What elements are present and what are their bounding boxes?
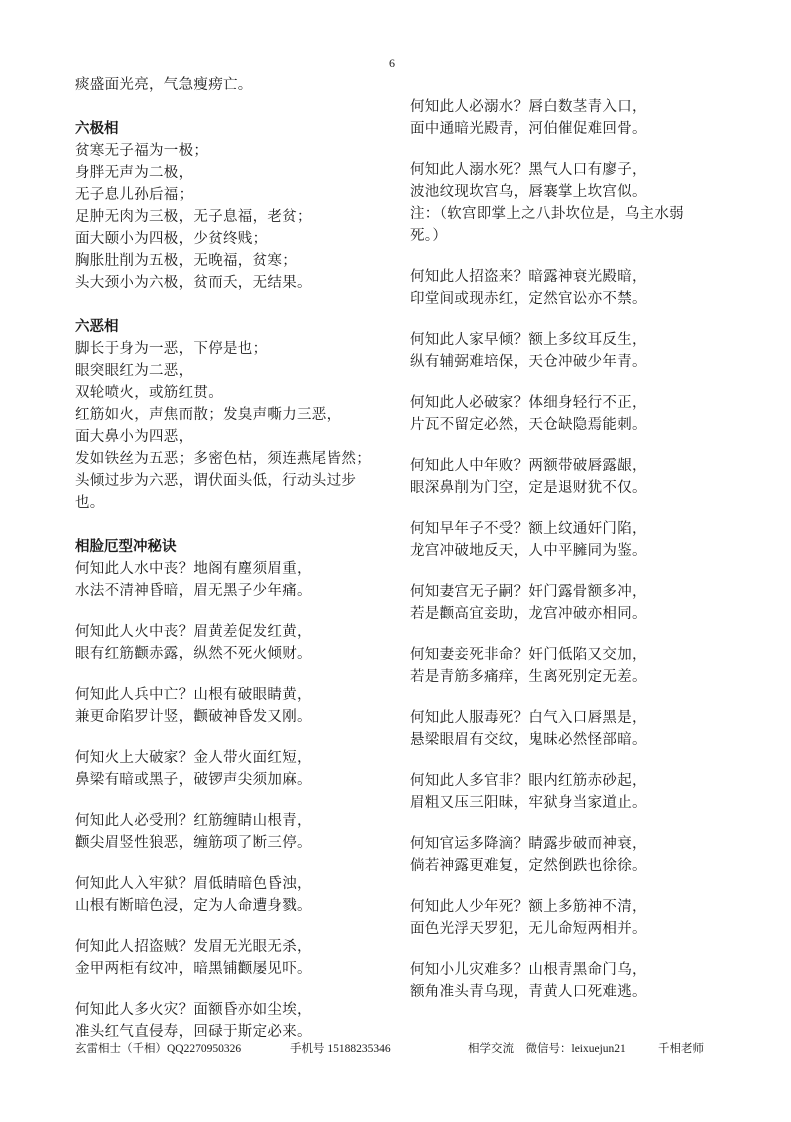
- verse-line: 面中通暗光殿青，河伯催促难回骨。: [410, 118, 740, 140]
- text-line: 无子息儿孙后福；: [75, 184, 405, 206]
- verse-line: 何知此人水中丧？地阁有塵须眉重，: [75, 558, 405, 580]
- text-line: 身胖无声为二极，: [75, 162, 405, 184]
- section-liue: 六恶相 脚长于身为一恶，下停是也； 眼突眼红为二恶， 双轮喷火，或筋红贯。 红筋…: [75, 316, 405, 514]
- section-heading: 六极相: [75, 118, 405, 140]
- text-line: 面大鼻小为四恶，: [75, 426, 405, 448]
- text-line: 贫寒无子福为一极；: [75, 140, 405, 162]
- verse-line: 何知此人必溺水？唇白数茎青入口，: [410, 96, 740, 118]
- note-line: 注：（软宫即掌上之八卦坎位是，乌主水弱: [410, 203, 740, 225]
- verse-line: 金甲两柜有纹冲，暗黑铺颧屡见吓。: [75, 958, 405, 980]
- verse-line: 何知此人少年死？额上多筋神不清，: [410, 896, 740, 918]
- verse-line: 何知官运多降滴？睛露步破而神衰，: [410, 833, 740, 855]
- verse-line: 眼有红筋颧赤露，纵然不死火倾财。: [75, 643, 405, 665]
- text-line: 胸胀肚削为五极，无晚福，贫寒；: [75, 250, 405, 272]
- text-line: 足肿无肉为三极，无子息福，老贫；: [75, 206, 405, 228]
- section-liuji: 六极相 贫寒无子福为一极； 身胖无声为二极， 无子息儿孙后福； 足肿无肉为三极，…: [75, 118, 405, 294]
- verse-line: 何知此人兵中亡？山根有破眼睛黄，: [75, 684, 405, 706]
- footer-teacher: 千相老师: [658, 1040, 704, 1056]
- section-heading: 相脸厄型冲秘诀: [75, 536, 405, 558]
- verse-line: 纵有辅弼难培保，天仓冲破少年青。: [410, 351, 740, 373]
- verse-line: 颧尖眉竖性狼恶，缠筋项了断三停。: [75, 832, 405, 854]
- intro-line: 痰盛面光亮，气急瘦痨亡。: [75, 74, 405, 96]
- verse-line: 何知此人招盗来？暗露神衰光殿暗，: [410, 266, 740, 288]
- page-number: 6: [389, 56, 395, 71]
- note-line: 死。）: [410, 225, 740, 247]
- text-line: 发如铁丝为五恶；多密色枯，须连燕尾皆然；: [75, 448, 405, 470]
- text-line: 眼突眼红为二恶，: [75, 360, 405, 382]
- verse-line: 水法不清神昏暗，眉无黑子少年痛。: [75, 580, 405, 602]
- page-footer: 玄雷相士（千相）QQ2270950326 手机号 15188235346 相学交…: [75, 1040, 735, 1058]
- verse-line: 何知此人多火灾？面额昏亦如尘埃，: [75, 999, 405, 1021]
- text-line: 面大颐小为四极，少贫终贱；: [75, 228, 405, 250]
- verse-line: 何知此人家早倾？额上多纹耳反生，: [410, 329, 740, 351]
- verse-line: 鼻梁有暗或黑子，破锣声尖须加麻。: [75, 769, 405, 791]
- text-line: 头倾过步为六恶，谓伏面头低，行动头过步: [75, 470, 405, 492]
- verse-line: 波池纹现坎宫乌，唇褰掌上坎宫似。: [410, 181, 740, 203]
- text-line: 红筋如火，声焦而散；发臭声嘶力三恶，: [75, 404, 405, 426]
- verse-line: 倘若神露更难复，定然倒跌也徐徐。: [410, 855, 740, 877]
- text-line: 也。: [75, 492, 405, 514]
- verse-line: 眉粗又压三阳昧，牢狱身当家道止。: [410, 792, 740, 814]
- verse-line: 山根有断暗色浸，定为人命遭身戮。: [75, 895, 405, 917]
- right-column: 何知此人必溺水？唇白数茎青入口， 面中通暗光殿青，河伯催促难回骨。 何知此人溺水…: [410, 96, 740, 1003]
- left-column: 痰盛面光亮，气急瘦痨亡。 六极相 贫寒无子福为一极； 身胖无声为二极， 无子息儿…: [75, 74, 405, 1043]
- text-line: 脚长于身为一恶，下停是也；: [75, 338, 405, 360]
- verse-line: 何知此人中年败？两额带破唇露龈，: [410, 455, 740, 477]
- footer-wechat: 相学交流 微信号：leixuejun21: [468, 1040, 626, 1056]
- footer-author: 玄雷相士（千相）QQ2270950326: [75, 1040, 241, 1056]
- verse-line: 何知早年子不受？额上纹通奸门陷，: [410, 518, 740, 540]
- footer-phone: 手机号 15188235346: [290, 1040, 391, 1056]
- verse-line: 何知此人必破家？体细身轻行不正，: [410, 392, 740, 414]
- verse-line: 兼更命陷罗计竖，颧破神昏发又刚。: [75, 706, 405, 728]
- verse-line: 若是青筋多痛痒，生离死别定无差。: [410, 666, 740, 688]
- verse-line: 何知此人必受刑？红筋缠睛山根青，: [75, 810, 405, 832]
- verse-line: 何知此人入牢狱？眉低睛暗色昏浊，: [75, 873, 405, 895]
- verse-line: 何知妻宫无子嗣？奸门露骨额多冲，: [410, 581, 740, 603]
- verse-line: 眼深鼻削为门空，定是退财犹不仅。: [410, 477, 740, 499]
- verse-line: 何知妻妾死非命？奸门低陷又交加，: [410, 644, 740, 666]
- verse-line: 悬梁眼眉有交纹，鬼昧必然怪部暗。: [410, 729, 740, 751]
- verse-line: 片瓦不留定必然，天仓缺隐焉能刺。: [410, 414, 740, 436]
- verse-line: 若是颧高宜妾助，龙宫冲破亦相同。: [410, 603, 740, 625]
- verse-line: 何知此人招盗贼？发眉无光眼无杀，: [75, 936, 405, 958]
- verse-line: 何知此人火中丧？眉黄差促发红黄，: [75, 621, 405, 643]
- text-line: 双轮喷火，或筋红贯。: [75, 382, 405, 404]
- verse-line: 龙宫冲破地反天，人中平臃同为鉴。: [410, 540, 740, 562]
- text-line: 头大颈小为六极，贫而夭，无结果。: [75, 272, 405, 294]
- verse-line: 何知此人多官非？眼内红筋赤砂起，: [410, 770, 740, 792]
- verse-line: 面色光浮天罗犯，无儿命短两相并。: [410, 918, 740, 940]
- section-xianglian: 相脸厄型冲秘诀 何知此人水中丧？地阁有塵须眉重， 水法不清神昏暗，眉无黑子少年痛…: [75, 536, 405, 1043]
- verse-line: 何知小儿灾难多？山根青黑命门乌，: [410, 959, 740, 981]
- verse-line: 何知火上大破家？金人带火面红短，: [75, 747, 405, 769]
- verse-line: 印堂间或现赤红，定然官讼亦不禁。: [410, 288, 740, 310]
- verse-line: 何知此人服毒死？白气入口唇黑是，: [410, 707, 740, 729]
- section-heading: 六恶相: [75, 316, 405, 338]
- verse-line: 何知此人溺水死？黑气人口有廖子，: [410, 159, 740, 181]
- verse-line: 额角准头青乌现，青黄人口死难逃。: [410, 981, 740, 1003]
